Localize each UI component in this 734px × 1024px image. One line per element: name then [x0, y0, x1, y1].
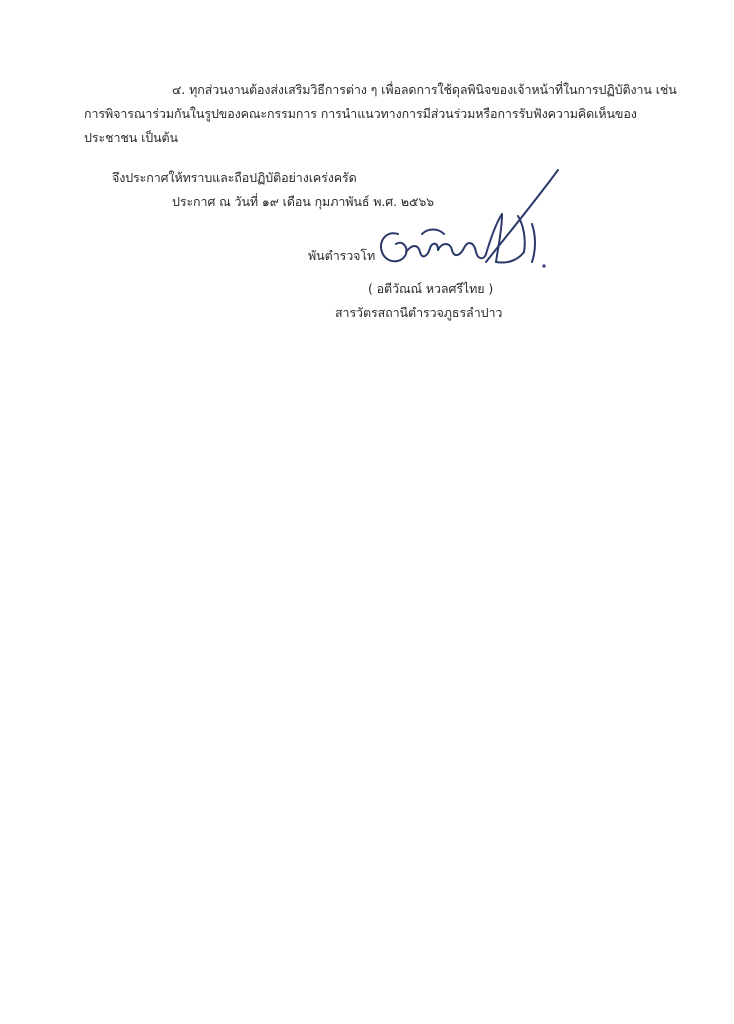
signatory-rank: พันตำรวจโท [308, 248, 375, 264]
signatory-name: ( อตีวัณณ์ หวลศรีไทย ) [368, 281, 493, 297]
signatory-position: สารวัตรสถานีตำรวจภูธรลำปาว [335, 305, 502, 321]
signature-icon [368, 164, 568, 276]
paragraph-4-line-3: ประชาชน เป็นต้น [84, 130, 178, 146]
document-page: ๔. ทุกส่วนงานต้องส่งเสริมวิธีการต่าง ๆ เ… [0, 0, 734, 1024]
paragraph-4-line-2: การพิจารณาร่วมกันในรูปของคณะกรรมการ การน… [84, 106, 637, 122]
closing-statement: จึงประกาศให้ทราบและถือปฏิบัติอย่างเคร่งค… [112, 170, 357, 186]
paragraph-4-line-1: ๔. ทุกส่วนงานต้องส่งเสริมวิธีการต่าง ๆ เ… [172, 82, 677, 98]
